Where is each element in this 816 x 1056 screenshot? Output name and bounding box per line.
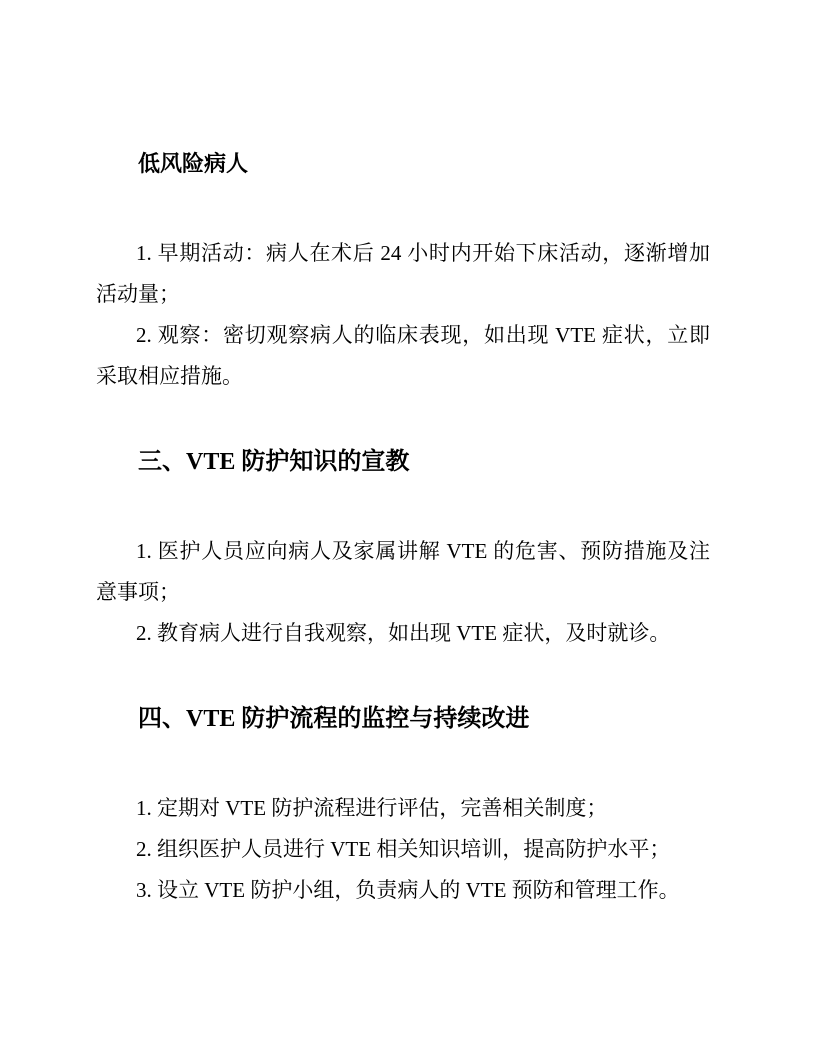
paragraph-early-activity: 1. 早期活动：病人在术后 24 小时内开始下床活动，逐渐增加活动量； bbox=[96, 233, 710, 315]
paragraph-staff-training: 2. 组织医护人员进行 VTE 相关知识培训，提高防护水平； bbox=[96, 829, 710, 870]
heading-vte-monitoring: 四、VTE 防护流程的监控与持续改进 bbox=[96, 695, 710, 743]
paragraph-observation: 2. 观察：密切观察病人的临床表现，如出现 VTE 症状，立即采取相应措施。 bbox=[96, 315, 710, 397]
paragraph-periodic-evaluation: 1. 定期对 VTE 防护流程进行评估，完善相关制度； bbox=[96, 788, 710, 829]
heading-vte-education: 三、VTE 防护知识的宣教 bbox=[96, 438, 710, 486]
paragraph-vte-team: 3. 设立 VTE 防护小组，负责病人的 VTE 预防和管理工作。 bbox=[96, 870, 710, 911]
document-page: 低风险病人 1. 早期活动：病人在术后 24 小时内开始下床活动，逐渐增加活动量… bbox=[0, 0, 816, 1056]
heading-low-risk-patients: 低风险病人 bbox=[96, 140, 710, 188]
paragraph-self-observation: 2. 教育病人进行自我观察，如出现 VTE 症状，及时就诊。 bbox=[96, 613, 710, 654]
paragraph-staff-explain: 1. 医护人员应向病人及家属讲解 VTE 的危害、预防措施及注意事项； bbox=[96, 531, 710, 613]
section-low-risk-patients: 低风险病人 1. 早期活动：病人在术后 24 小时内开始下床活动，逐渐增加活动量… bbox=[96, 140, 710, 397]
section-vte-education: 三、VTE 防护知识的宣教 1. 医护人员应向病人及家属讲解 VTE 的危害、预… bbox=[96, 438, 710, 654]
document-content: 低风险病人 1. 早期活动：病人在术后 24 小时内开始下床活动，逐渐增加活动量… bbox=[0, 0, 816, 1056]
section-vte-monitoring: 四、VTE 防护流程的监控与持续改进 1. 定期对 VTE 防护流程进行评估，完… bbox=[96, 695, 710, 911]
